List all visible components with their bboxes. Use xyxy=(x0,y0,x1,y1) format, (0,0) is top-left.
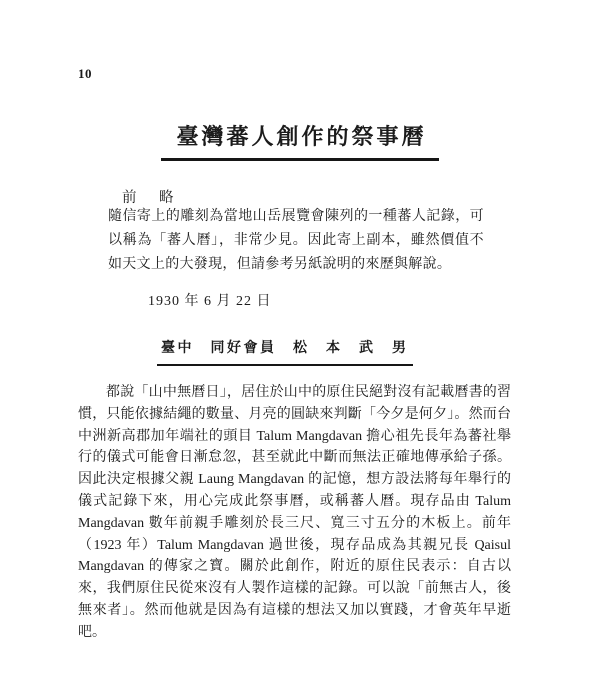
commentary-paragraph: 都說「山中無曆日」，居住於山中的原住民絕對沒有記載曆書的習慣，只能依據結繩的數量… xyxy=(78,382,511,644)
signature-block: 臺中 同好會員 松 本 武 男 xyxy=(157,337,413,366)
page-number: 10 xyxy=(78,66,92,82)
letter-signature: 臺中 同好會員 松 本 武 男 xyxy=(161,341,409,356)
page-title: 臺灣蕃人創作的祭事曆 xyxy=(161,120,438,161)
letter-salutation: 前 略 xyxy=(122,186,178,207)
title-section: 臺灣蕃人創作的祭事曆 xyxy=(0,120,600,161)
letter-body-paragraph: 隨信寄上的雕刻為當地山岳展覽會陳列的一種蕃人記錄，可以稱為「蕃人曆」，非常少見。… xyxy=(108,205,484,277)
letter-date: 1930 年 6 月 22 日 xyxy=(148,290,272,310)
book-page: 10 臺灣蕃人創作的祭事曆 前 略 隨信寄上的雕刻為當地山岳展覽會陳列的一種蕃人… xyxy=(0,0,600,682)
